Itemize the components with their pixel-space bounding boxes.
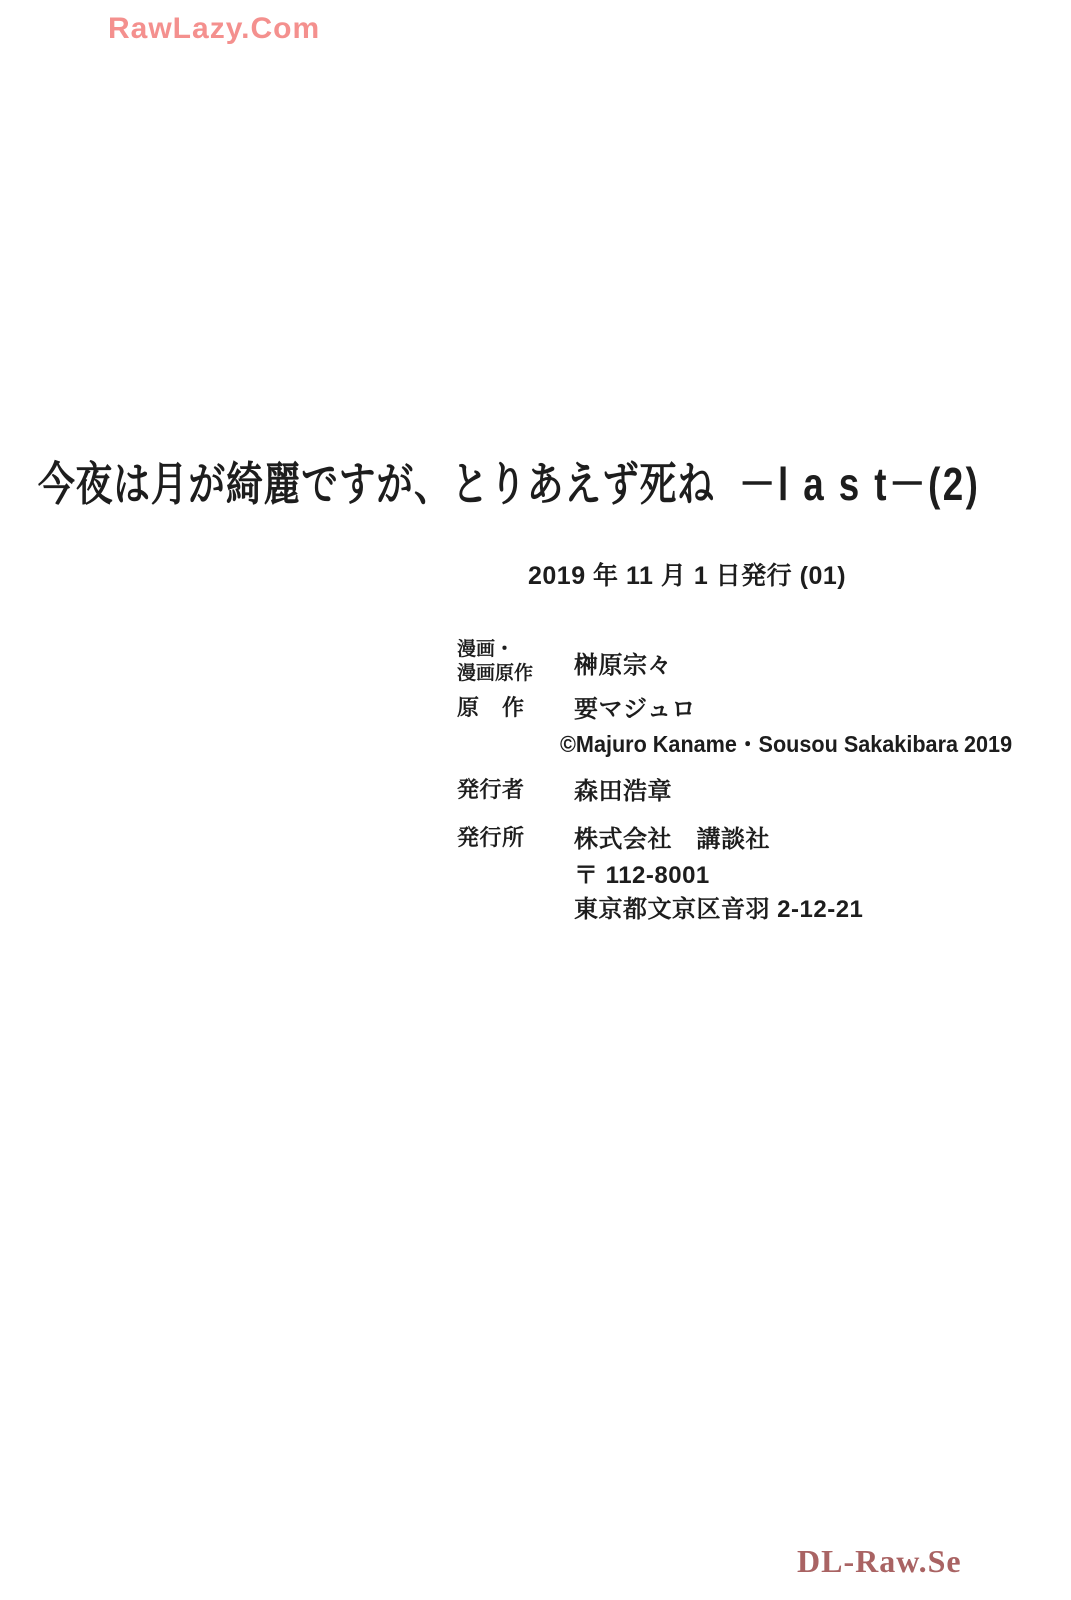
publisher-postal-code: 〒 112-8001 [574,855,710,890]
dlraw-watermark: DL-Raw.Se [797,1543,962,1580]
book-title-edition: －l a s t－(2) [739,448,980,514]
manga-credit-label-line2: 漫画原作 [457,658,533,685]
manga-credit-label-line1: 漫画・ [457,634,514,661]
publisher-person-label: 発行者 [457,773,525,804]
original-work-label: 原 作 [457,691,525,722]
publisher-address: 東京都文京区音羽 2-12-21 [574,889,863,924]
original-author: 要マジュロ [574,689,696,724]
issue-date: 2019 年 11 月 1 日発行 (01) [528,556,846,592]
book-title: 今夜は月が綺麗ですが、とりあえず死ね －l a s t－(2) [38,448,980,514]
book-title-main: 今夜は月が綺麗ですが、とりあえず死ね [38,448,715,514]
publisher-office: 株式会社 講談社 [574,819,770,854]
publisher-office-label: 発行所 [457,821,525,852]
colophon-page: RawLazy.Com 今夜は月が綺麗ですが、とりあえず死ね －l a s t－… [0,0,1071,1600]
manga-author: 榊原宗々 [574,645,672,680]
publisher-person: 森田浩章 [574,771,672,806]
copyright-line: ©Majuro Kaname・Sousou Sakakibara 2019 [560,726,1012,759]
rawlazy-watermark: RawLazy.Com [108,12,320,46]
